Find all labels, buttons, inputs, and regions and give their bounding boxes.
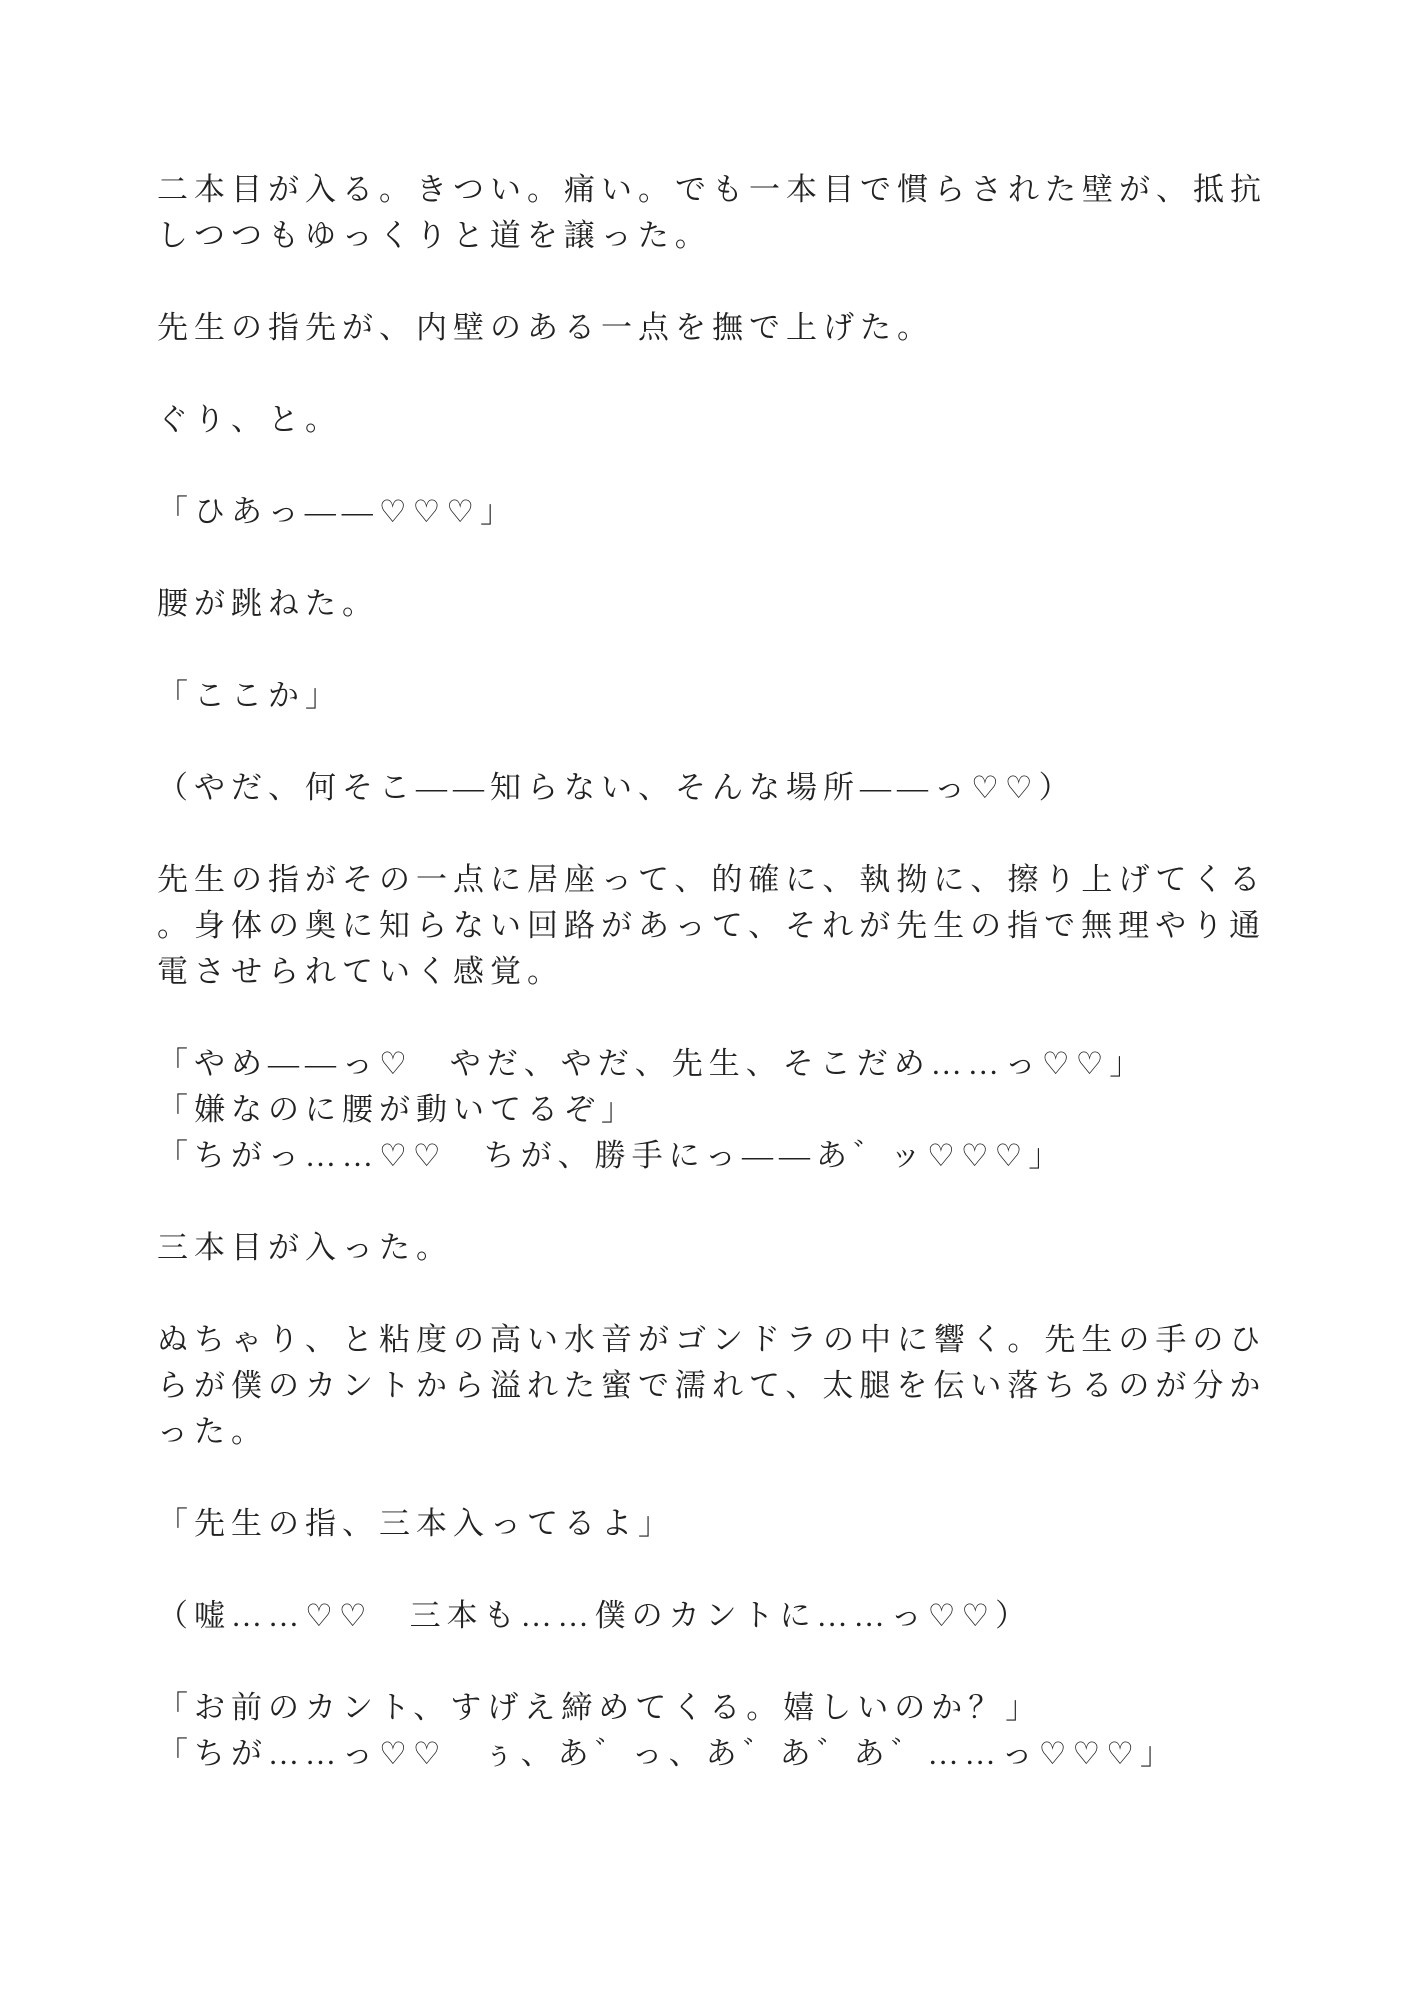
- paragraph: ぬちゃり、と粘度の高い水音がゴンドラの中に響く。先生の手のひらが僕のカントから溢…: [157, 1317, 1297, 1455]
- text-line: 「ちがっ……♡♡ ちが、勝手にっ――あ゛ッ♡♡♡」: [157, 1133, 1297, 1179]
- text-line: ぬちゃり、と粘度の高い水音がゴンドラの中に響く。先生の手のひ: [157, 1317, 1297, 1363]
- paragraph: 「お前のカント、すげえ締めてくる。嬉しいのか？」「ちが……っ♡♡ ぅ、あ゛っ、あ…: [157, 1685, 1297, 1777]
- paragraph: 腰が跳ねた。: [157, 581, 1297, 627]
- paragraph: 先生の指先が、内壁のある一点を撫で上げた。: [157, 305, 1297, 351]
- text-line: 電させられていく感覚。: [157, 949, 1297, 995]
- paragraph: 「やめ――っ♡ やだ、やだ、先生、そこだめ……っ♡♡」「嫌なのに腰が動いてるぞ」…: [157, 1041, 1297, 1179]
- paragraph: 先生の指がその一点に居座って、的確に、執拗に、擦り上げてくる。身体の奥に知らない…: [157, 857, 1297, 995]
- document-page: 二本目が入る。きつい。痛い。でも一本目で慣らされた壁が、抵抗しつつもゆっくりと道…: [0, 0, 1415, 2000]
- text-line: 「嫌なのに腰が動いてるぞ」: [157, 1087, 1297, 1133]
- text-line: 「やめ――っ♡ やだ、やだ、先生、そこだめ……っ♡♡」: [157, 1041, 1297, 1087]
- paragraph: 「ここか」: [157, 673, 1297, 719]
- text-line: 「お前のカント、すげえ締めてくる。嬉しいのか？」: [157, 1685, 1297, 1731]
- paragraph: （やだ、何そこ――知らない、そんな場所――っ♡♡）: [157, 765, 1297, 811]
- paragraph: （嘘……♡♡ 三本も……僕のカントに……っ♡♡）: [157, 1593, 1297, 1639]
- text-line: しつつもゆっくりと道を譲った。: [157, 213, 1297, 259]
- paragraph: 「先生の指、三本入ってるよ」: [157, 1501, 1297, 1547]
- text-line: った。: [157, 1409, 1297, 1455]
- paragraph: 三本目が入った。: [157, 1225, 1297, 1271]
- text-line: らが僕のカントから溢れた蜜で濡れて、太腿を伝い落ちるのが分か: [157, 1363, 1297, 1409]
- paragraph: 「ひあっ――♡♡♡」: [157, 489, 1297, 535]
- paragraph: ぐり、と。: [157, 397, 1297, 443]
- text-line: （やだ、何そこ――知らない、そんな場所――っ♡♡）: [157, 765, 1297, 811]
- text-line: 三本目が入った。: [157, 1225, 1297, 1271]
- text-line: 二本目が入る。きつい。痛い。でも一本目で慣らされた壁が、抵抗: [157, 167, 1297, 213]
- text-line: ぐり、と。: [157, 397, 1297, 443]
- text-line: 腰が跳ねた。: [157, 581, 1297, 627]
- text-line: 。身体の奥に知らない回路があって、それが先生の指で無理やり通: [157, 903, 1297, 949]
- text-line: 「ちが……っ♡♡ ぅ、あ゛っ、あ゛あ゛あ゛……っ♡♡♡」: [157, 1731, 1297, 1777]
- text-line: 「先生の指、三本入ってるよ」: [157, 1501, 1297, 1547]
- text-line: 先生の指先が、内壁のある一点を撫で上げた。: [157, 305, 1297, 351]
- document-body: 二本目が入る。きつい。痛い。でも一本目で慣らされた壁が、抵抗しつつもゆっくりと道…: [157, 167, 1297, 1777]
- text-line: 「ひあっ――♡♡♡」: [157, 489, 1297, 535]
- text-line: 「ここか」: [157, 673, 1297, 719]
- text-line: （嘘……♡♡ 三本も……僕のカントに……っ♡♡）: [157, 1593, 1297, 1639]
- text-line: 先生の指がその一点に居座って、的確に、執拗に、擦り上げてくる: [157, 857, 1297, 903]
- paragraph: 二本目が入る。きつい。痛い。でも一本目で慣らされた壁が、抵抗しつつもゆっくりと道…: [157, 167, 1297, 259]
